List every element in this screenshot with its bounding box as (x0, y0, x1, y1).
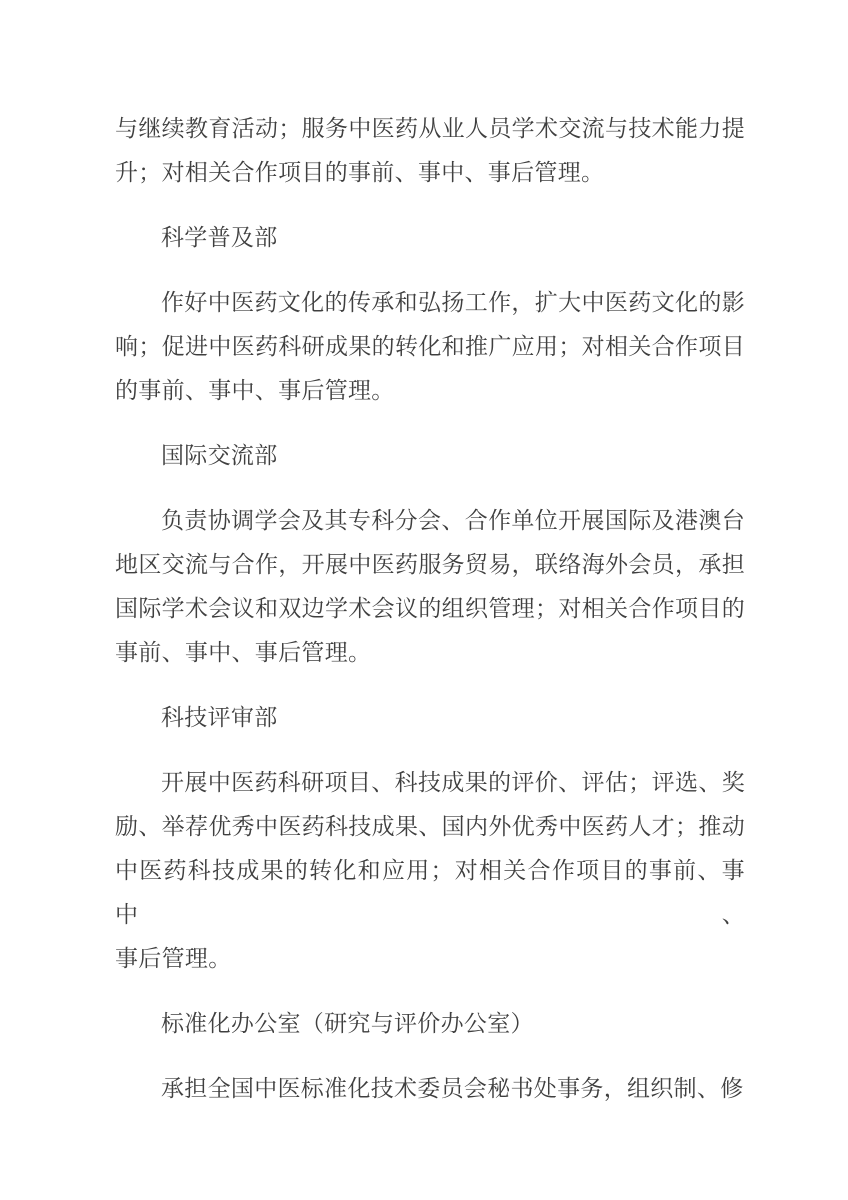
document-body: 与继续教育活动；服务中医药从业人员学术交流与技术能力提升；对相关合作项目的事前、… (115, 107, 745, 1111)
paragraph-line: 励、举荐优秀中医药科技成果、国内外优秀中医药人才；推动 (115, 805, 745, 849)
document-paragraph-block: 与继续教育活动；服务中医药从业人员学术交流与技术能力提升；对相关合作项目的事前、… (115, 107, 745, 195)
heading-line: 科技评审部 (115, 696, 745, 740)
paragraph-line: 地区交流与合作，开展中医药服务贸易，联络海外会员，承担 (115, 543, 745, 587)
paragraph-line: 事前、事中、事后管理。 (115, 631, 745, 675)
paragraph-line: 负责协调学会及其专科分会、合作单位开展国际及港澳台 (115, 499, 745, 543)
document-paragraph-block: 作好中医药文化的传承和弘扬工作，扩大中医药文化的影响；促进中医药科研成果的转化和… (115, 281, 745, 413)
heading-line: 科学普及部 (115, 216, 745, 260)
document-paragraph-block: 承担全国中医标准化技术委员会秘书处事务，组织制、修 (115, 1067, 745, 1111)
paragraph-line: 事后管理。 (115, 937, 745, 981)
paragraph-line: 开展中医药科研项目、科技成果的评价、评估；评选、奖 (115, 761, 745, 805)
document-heading-block: 科技评审部 (115, 696, 745, 740)
paragraph-line: 国际学术会议和双边学术会议的组织管理；对相关合作项目的 (115, 587, 745, 631)
document-heading-block: 标准化办公室（研究与评价办公室） (115, 1002, 745, 1046)
document-heading-block: 科学普及部 (115, 216, 745, 260)
document-paragraph-block: 负责协调学会及其专科分会、合作单位开展国际及港澳台地区交流与合作，开展中医药服务… (115, 499, 745, 675)
document-page: 与继续教育活动；服务中医药从业人员学术交流与技术能力提升；对相关合作项目的事前、… (0, 0, 848, 1200)
paragraph-line: 升；对相关合作项目的事前、事中、事后管理。 (115, 151, 745, 195)
document-heading-block: 国际交流部 (115, 434, 745, 478)
paragraph-line: 中医药科技成果的转化和应用；对相关合作项目的事前、事中、 (115, 849, 745, 937)
heading-line: 标准化办公室（研究与评价办公室） (115, 1002, 745, 1046)
paragraph-line: 作好中医药文化的传承和弘扬工作，扩大中医药文化的影 (115, 281, 745, 325)
paragraph-line: 的事前、事中、事后管理。 (115, 369, 745, 413)
heading-line: 国际交流部 (115, 434, 745, 478)
paragraph-line: 承担全国中医标准化技术委员会秘书处事务，组织制、修 (115, 1067, 745, 1111)
paragraph-line: 与继续教育活动；服务中医药从业人员学术交流与技术能力提 (115, 107, 745, 151)
document-paragraph-block: 开展中医药科研项目、科技成果的评价、评估；评选、奖励、举荐优秀中医药科技成果、国… (115, 761, 745, 981)
paragraph-line: 响；促进中医药科研成果的转化和推广应用；对相关合作项目 (115, 325, 745, 369)
